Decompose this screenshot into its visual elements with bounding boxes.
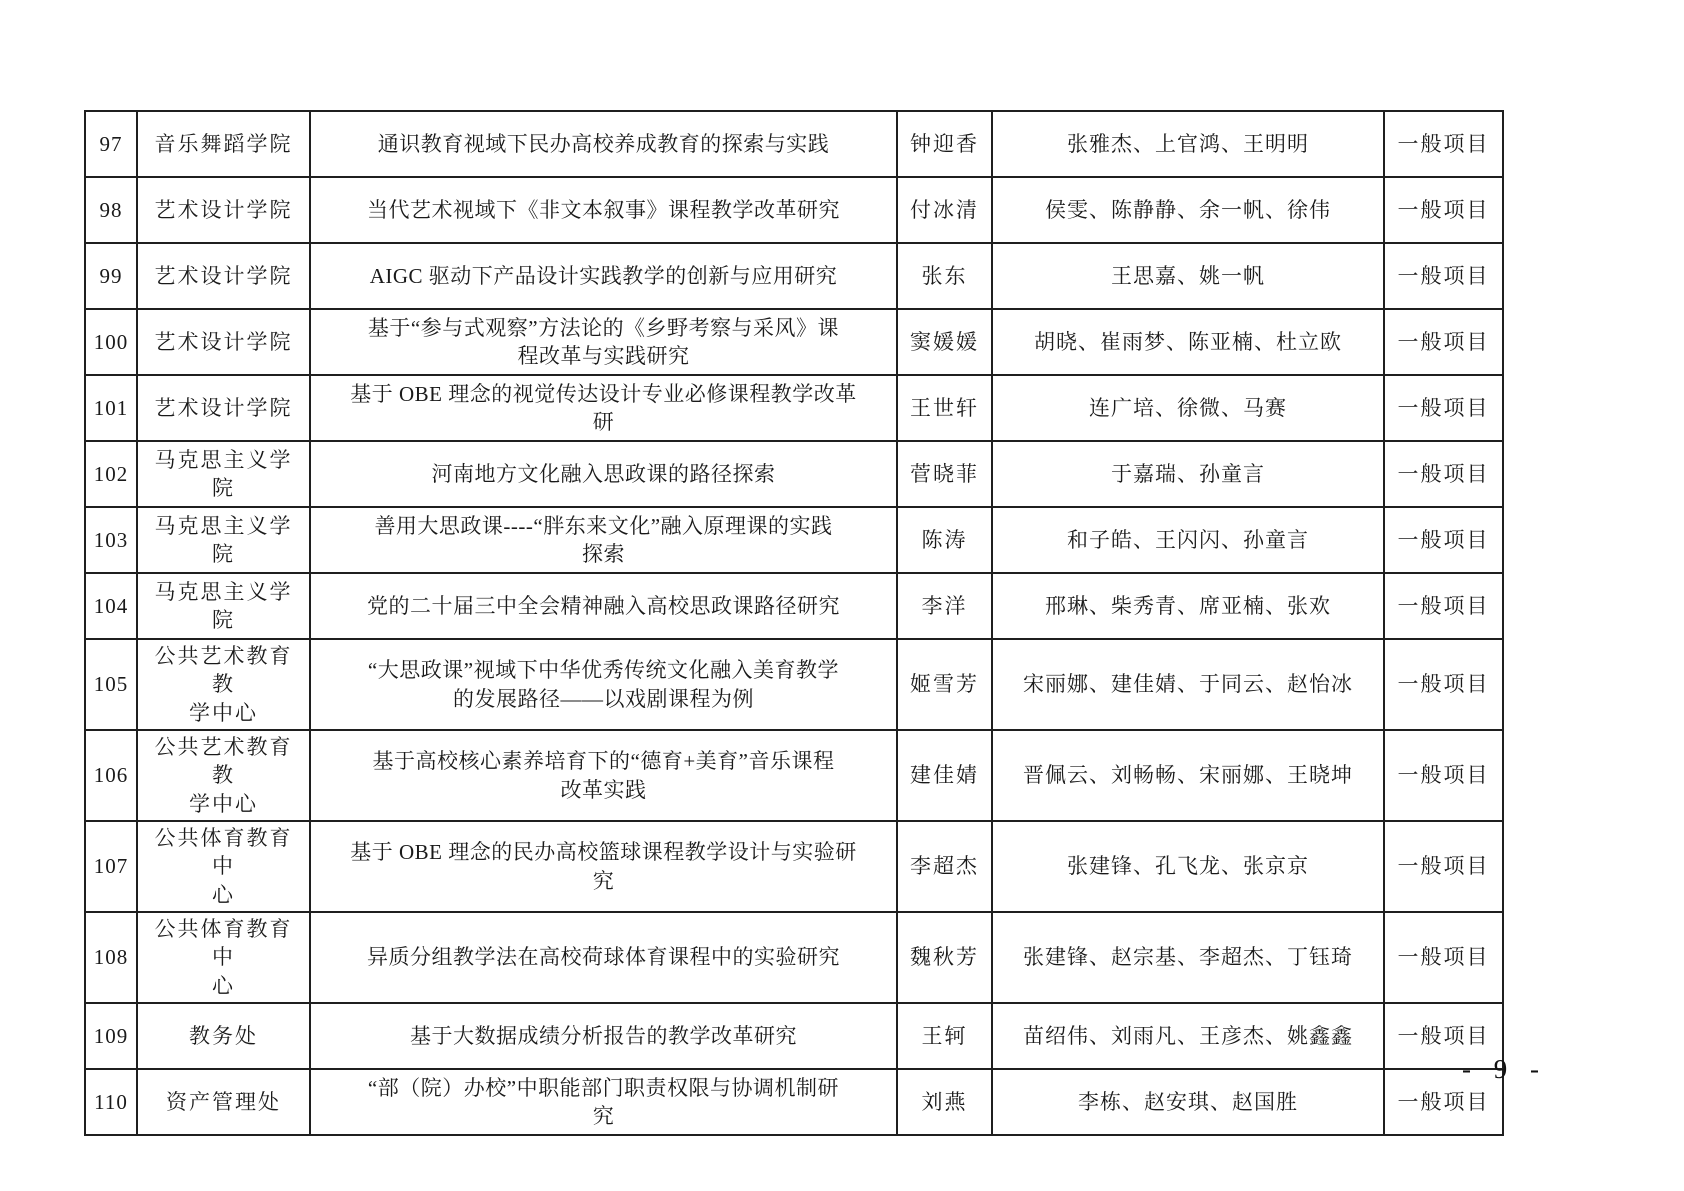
cell-no: 106 bbox=[85, 730, 137, 821]
cell-department: 马克思主义学院 bbox=[137, 507, 310, 573]
cell-title: “部（院）办校”中职能部门职责权限与协调机制研 究 bbox=[310, 1069, 897, 1135]
cell-members: 和子皓、王闪闪、孙童言 bbox=[992, 507, 1384, 573]
cell-title: “大思政课”视域下中华优秀传统文化融入美育教学 的发展路径——以戏剧课程为例 bbox=[310, 639, 897, 730]
cell-type: 一般项目 bbox=[1384, 821, 1503, 912]
cell-department: 公共体育教育中 心 bbox=[137, 912, 310, 1003]
cell-title: 基于 OBE 理念的视觉传达设计专业必修课程教学改革 研 bbox=[310, 375, 897, 441]
cell-no: 108 bbox=[85, 912, 137, 1003]
cell-members: 侯雯、陈静静、余一帆、徐伟 bbox=[992, 177, 1384, 243]
cell-members: 胡晓、崔雨梦、陈亚楠、杜立欧 bbox=[992, 309, 1384, 375]
table-row: 100 艺术设计学院 基于“参与式观察”方法论的《乡野考察与采风》课 程改革与实… bbox=[85, 309, 1503, 375]
cell-leader: 张东 bbox=[897, 243, 992, 309]
cell-no: 105 bbox=[85, 639, 137, 730]
cell-members: 王思嘉、姚一帆 bbox=[992, 243, 1384, 309]
cell-type: 一般项目 bbox=[1384, 441, 1503, 507]
table-row: 110 资产管理处 “部（院）办校”中职能部门职责权限与协调机制研 究 刘燕 李… bbox=[85, 1069, 1503, 1135]
cell-leader: 陈涛 bbox=[897, 507, 992, 573]
cell-title: 异质分组教学法在高校荷球体育课程中的实验研究 bbox=[310, 912, 897, 1003]
cell-members: 张雅杰、上官鸿、王明明 bbox=[992, 111, 1384, 177]
cell-department: 艺术设计学院 bbox=[137, 309, 310, 375]
cell-no: 102 bbox=[85, 441, 137, 507]
cell-department: 音乐舞蹈学院 bbox=[137, 111, 310, 177]
cell-members: 晋佩云、刘畅畅、宋丽娜、王晓坤 bbox=[992, 730, 1384, 821]
cell-department: 马克思主义学院 bbox=[137, 441, 310, 507]
table-row: 107 公共体育教育中 心 基于 OBE 理念的民办高校篮球课程教学设计与实验研… bbox=[85, 821, 1503, 912]
table-row: 103 马克思主义学院 善用大思政课----“胖东来文化”融入原理课的实践 探索… bbox=[85, 507, 1503, 573]
cell-title: 基于高校核心素养培育下的“德育+美育”音乐课程 改革实践 bbox=[310, 730, 897, 821]
cell-members: 邢琳、柴秀青、席亚楠、张欢 bbox=[992, 573, 1384, 639]
cell-department: 公共艺术教育教 学中心 bbox=[137, 639, 310, 730]
cell-members: 连广培、徐微、马赛 bbox=[992, 375, 1384, 441]
table-row: 106 公共艺术教育教 学中心 基于高校核心素养培育下的“德育+美育”音乐课程 … bbox=[85, 730, 1503, 821]
cell-no: 100 bbox=[85, 309, 137, 375]
cell-title: 基于“参与式观察”方法论的《乡野考察与采风》课 程改革与实践研究 bbox=[310, 309, 897, 375]
cell-title: 通识教育视域下民办高校养成教育的探索与实践 bbox=[310, 111, 897, 177]
cell-no: 103 bbox=[85, 507, 137, 573]
table-row: 101 艺术设计学院 基于 OBE 理念的视觉传达设计专业必修课程教学改革 研 … bbox=[85, 375, 1503, 441]
cell-leader: 李超杰 bbox=[897, 821, 992, 912]
cell-type: 一般项目 bbox=[1384, 111, 1503, 177]
cell-title: 当代艺术视域下《非文本叙事》课程教学改革研究 bbox=[310, 177, 897, 243]
cell-type: 一般项目 bbox=[1384, 573, 1503, 639]
cell-department: 资产管理处 bbox=[137, 1069, 310, 1135]
cell-type: 一般项目 bbox=[1384, 375, 1503, 441]
table-row: 109 教务处 基于大数据成绩分析报告的教学改革研究 王轲 苗绍伟、刘雨凡、王彦… bbox=[85, 1003, 1503, 1069]
cell-leader: 建佳婧 bbox=[897, 730, 992, 821]
table-row: 108 公共体育教育中 心 异质分组教学法在高校荷球体育课程中的实验研究 魏秋芳… bbox=[85, 912, 1503, 1003]
cell-title: 善用大思政课----“胖东来文化”融入原理课的实践 探索 bbox=[310, 507, 897, 573]
page-number: - 9 - bbox=[1462, 1054, 1541, 1085]
cell-leader: 王轲 bbox=[897, 1003, 992, 1069]
cell-members: 宋丽娜、建佳婧、于同云、赵怡冰 bbox=[992, 639, 1384, 730]
document-page: 97 音乐舞蹈学院 通识教育视域下民办高校养成教育的探索与实践 钟迎香 张雅杰、… bbox=[0, 0, 1684, 1191]
cell-leader: 魏秋芳 bbox=[897, 912, 992, 1003]
cell-department: 教务处 bbox=[137, 1003, 310, 1069]
cell-no: 107 bbox=[85, 821, 137, 912]
cell-members: 于嘉瑞、孙童言 bbox=[992, 441, 1384, 507]
cell-department: 艺术设计学院 bbox=[137, 177, 310, 243]
cell-leader: 刘燕 bbox=[897, 1069, 992, 1135]
cell-leader: 钟迎香 bbox=[897, 111, 992, 177]
cell-leader: 付冰清 bbox=[897, 177, 992, 243]
table-row: 104 马克思主义学院 党的二十届三中全会精神融入高校思政课路径研究 李洋 邢琳… bbox=[85, 573, 1503, 639]
cell-type: 一般项目 bbox=[1384, 730, 1503, 821]
cell-leader: 李洋 bbox=[897, 573, 992, 639]
cell-no: 109 bbox=[85, 1003, 137, 1069]
table-row: 102 马克思主义学院 河南地方文化融入思政课的路径探索 菅晓菲 于嘉瑞、孙童言… bbox=[85, 441, 1503, 507]
projects-table: 97 音乐舞蹈学院 通识教育视域下民办高校养成教育的探索与实践 钟迎香 张雅杰、… bbox=[84, 110, 1504, 1136]
cell-title: AIGC 驱动下产品设计实践教学的创新与应用研究 bbox=[310, 243, 897, 309]
table-row: 105 公共艺术教育教 学中心 “大思政课”视域下中华优秀传统文化融入美育教学 … bbox=[85, 639, 1503, 730]
cell-title: 基于大数据成绩分析报告的教学改革研究 bbox=[310, 1003, 897, 1069]
cell-title: 党的二十届三中全会精神融入高校思政课路径研究 bbox=[310, 573, 897, 639]
cell-no: 101 bbox=[85, 375, 137, 441]
cell-department: 艺术设计学院 bbox=[137, 375, 310, 441]
cell-no: 104 bbox=[85, 573, 137, 639]
cell-members: 李栋、赵安琪、赵国胜 bbox=[992, 1069, 1384, 1135]
cell-type: 一般项目 bbox=[1384, 639, 1503, 730]
cell-leader: 菅晓菲 bbox=[897, 441, 992, 507]
cell-no: 98 bbox=[85, 177, 137, 243]
cell-members: 张建锋、赵宗基、李超杰、丁钰琦 bbox=[992, 912, 1384, 1003]
cell-department: 马克思主义学院 bbox=[137, 573, 310, 639]
cell-type: 一般项目 bbox=[1384, 507, 1503, 573]
cell-leader: 姬雪芳 bbox=[897, 639, 992, 730]
cell-leader: 王世轩 bbox=[897, 375, 992, 441]
cell-department: 公共体育教育中 心 bbox=[137, 821, 310, 912]
cell-leader: 窦媛媛 bbox=[897, 309, 992, 375]
cell-department: 艺术设计学院 bbox=[137, 243, 310, 309]
cell-type: 一般项目 bbox=[1384, 912, 1503, 1003]
cell-type: 一般项目 bbox=[1384, 177, 1503, 243]
cell-no: 97 bbox=[85, 111, 137, 177]
table-row: 99 艺术设计学院 AIGC 驱动下产品设计实践教学的创新与应用研究 张东 王思… bbox=[85, 243, 1503, 309]
cell-no: 99 bbox=[85, 243, 137, 309]
cell-department: 公共艺术教育教 学中心 bbox=[137, 730, 310, 821]
cell-members: 苗绍伟、刘雨凡、王彦杰、姚鑫鑫 bbox=[992, 1003, 1384, 1069]
cell-title: 河南地方文化融入思政课的路径探索 bbox=[310, 441, 897, 507]
table-row: 98 艺术设计学院 当代艺术视域下《非文本叙事》课程教学改革研究 付冰清 侯雯、… bbox=[85, 177, 1503, 243]
cell-type: 一般项目 bbox=[1384, 309, 1503, 375]
table-row: 97 音乐舞蹈学院 通识教育视域下民办高校养成教育的探索与实践 钟迎香 张雅杰、… bbox=[85, 111, 1503, 177]
cell-members: 张建锋、孔飞龙、张京京 bbox=[992, 821, 1384, 912]
cell-type: 一般项目 bbox=[1384, 243, 1503, 309]
cell-no: 110 bbox=[85, 1069, 137, 1135]
cell-title: 基于 OBE 理念的民办高校篮球课程教学设计与实验研 究 bbox=[310, 821, 897, 912]
